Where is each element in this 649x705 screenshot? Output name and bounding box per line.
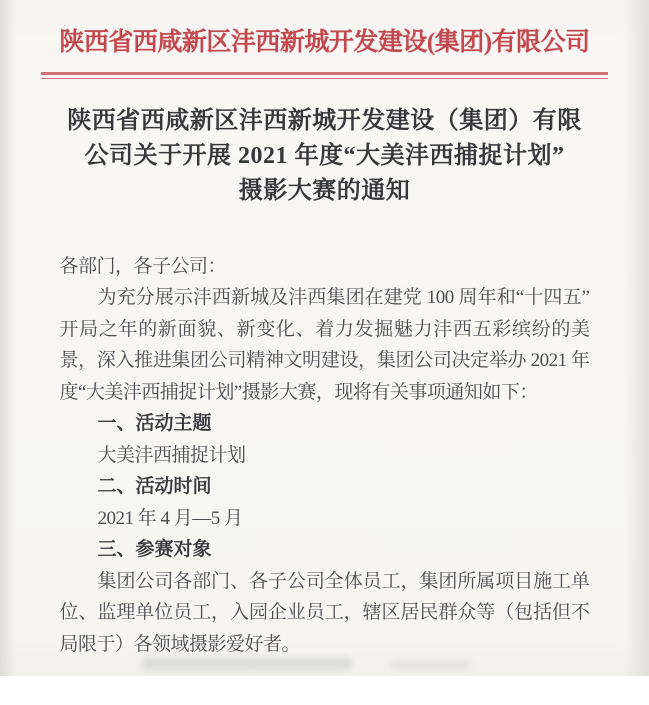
document-screenshot: { "theme": { "accent_red": "#c2474e", "r… [0,0,649,705]
company-masthead: 陕西省西咸新区沣西新城开发建设(集团)有限公司 [0,0,649,59]
section-1-content: 大美沣西捕捉计划 [60,440,590,472]
section-2-heading: 二、活动时间 [60,471,590,503]
masthead-double-rule [41,72,608,79]
document-title: 陕西省西咸新区沣西新城开发建设（集团）有限 公司关于开展 2021 年度“大美沣… [0,104,649,209]
document-body: 各部门，各子公司： 为充分展示沣西新城及沣西集团在建党 100 周年和“十四五”… [60,251,590,661]
rule-thick-line [41,72,608,75]
cutoff-text-remnant [142,658,352,669]
section-1-heading: 一、活动主题 [60,408,590,440]
document-title-line-1: 陕西省西咸新区沣西新城开发建设（集团）有限 [0,104,649,139]
document-page: 陕西省西咸新区沣西新城开发建设(集团)有限公司 陕西省西咸新区沣西新城开发建设（… [0,0,649,676]
document-title-line-2: 公司关于开展 2021 年度“大美沣西捕捉计划” [0,139,649,174]
bottom-white-strip [0,676,649,705]
intro-paragraph: 为充分展示沣西新城及沣西集团在建党 100 周年和“十四五”开局之年的新面貌、新… [60,282,590,408]
document-title-line-3: 摄影大赛的通知 [0,174,649,209]
cutoff-text-remnant-2 [390,660,470,669]
salutation: 各部门，各子公司： [60,251,590,283]
section-2-content: 2021 年 4 月—5 月 [60,503,590,535]
rule-thin-line [41,78,608,79]
section-3-content: 集团公司各部门、各子公司全体员工，集团所属项目施工单位、监理单位员工，入园企业员… [60,566,590,661]
section-3-heading: 三、参赛对象 [60,534,590,566]
